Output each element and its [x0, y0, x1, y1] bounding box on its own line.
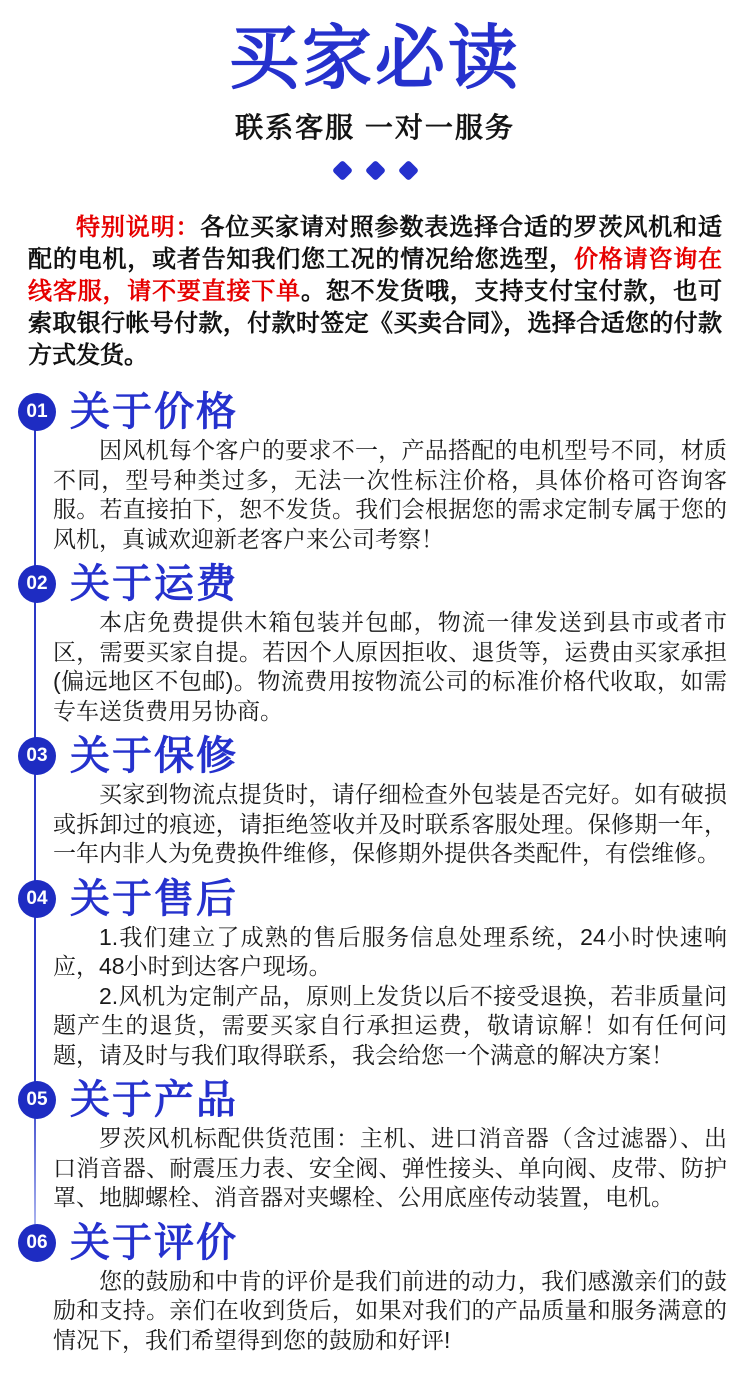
section-paragraph: 1.我们建立了成熟的售后服务信息处理系统，24小时快速响应，48小时到达客户现场… [53, 923, 727, 982]
section-number-badge: 06 [18, 1224, 56, 1262]
sections: 01 关于价格 因风机每个客户的要求不一，产品搭配的电机型号不同，材质不同，型号… [0, 390, 750, 1389]
section: 01 关于价格 因风机每个客户的要求不一，产品搭配的电机型号不同，材质不同，型号… [0, 390, 750, 562]
section-paragraph: 买家到物流点提货时，请仔细检查外包装是否完好。如有破损或拆卸过的痕迹，请拒绝签收… [53, 780, 727, 869]
section-header: 02 关于运费 [18, 562, 727, 606]
section-paragraph: 因风机每个客户的要求不一，产品搭配的电机型号不同，材质不同，型号种类过多，无法一… [53, 436, 727, 554]
section: 05 关于产品 罗茨风机标配供货范围：主机、进口消音器（含过滤器）、出口消音器、… [0, 1078, 750, 1221]
diamond-divider [0, 160, 750, 180]
section-paragraph: 2.风机为定制产品，原则上发货以后不接受退换，若非质量问题产生的退货，需要买家自… [53, 982, 727, 1071]
section-number-badge: 03 [18, 737, 56, 775]
section-title: 关于保修 [70, 734, 238, 778]
section: 02 关于运费 本店免费提供木箱包装并包邮，物流一律发送到县市或者市区，需要买家… [0, 562, 750, 734]
section-header: 05 关于产品 [18, 1078, 727, 1122]
buyer-notice-page: 买家必读 联系客服 一对一服务 特别说明：各位买家请对照参数表选择合适的罗茨风机… [0, 0, 750, 1389]
section-number-badge: 04 [18, 880, 56, 918]
section-header: 03 关于保修 [18, 734, 727, 778]
section-body: 罗茨风机标配供货范围：主机、进口消音器（含过滤器）、出口消音器、耐震压力表、安全… [53, 1124, 727, 1213]
page-title: 买家必读 [0, 22, 750, 94]
special-note-highlight: 特别说明： [76, 214, 200, 241]
section-header: 01 关于价格 [18, 390, 727, 434]
section-title: 关于售后 [70, 877, 238, 921]
section-header: 04 关于售后 [18, 877, 727, 921]
section-body: 1.我们建立了成熟的售后服务信息处理系统，24小时快速响应，48小时到达客户现场… [53, 923, 727, 1071]
section-body: 您的鼓励和中肯的评价是我们前进的动力，我们感激亲们的鼓励和支持。亲们在收到货后，… [53, 1267, 727, 1356]
diamond-icon [397, 159, 418, 180]
section-paragraph: 罗茨风机标配供货范围：主机、进口消音器（含过滤器）、出口消音器、耐震压力表、安全… [53, 1124, 727, 1213]
section-body: 因风机每个客户的要求不一，产品搭配的电机型号不同，材质不同，型号种类过多，无法一… [53, 436, 727, 554]
section: 04 关于售后 1.我们建立了成熟的售后服务信息处理系统，24小时快速响应，48… [0, 877, 750, 1079]
section-number-badge: 01 [18, 393, 56, 431]
section-body: 买家到物流点提货时，请仔细检查外包装是否完好。如有破损或拆卸过的痕迹，请拒绝签收… [53, 780, 727, 869]
diamond-icon [364, 159, 385, 180]
diamond-icon [331, 159, 352, 180]
section-number-badge: 02 [18, 565, 56, 603]
section-paragraph: 您的鼓励和中肯的评价是我们前进的动力，我们感激亲们的鼓励和支持。亲们在收到货后，… [53, 1267, 727, 1356]
section-title: 关于运费 [70, 562, 238, 606]
header: 买家必读 联系客服 一对一服务 [0, 0, 750, 180]
section-number-badge: 05 [18, 1081, 56, 1119]
section-title: 关于产品 [70, 1078, 238, 1122]
section-paragraph: 本店免费提供木箱包装并包邮，物流一律发送到县市或者市区，需要买家自提。若因个人原… [53, 608, 727, 726]
section-header: 06 关于评价 [18, 1221, 727, 1265]
section: 06 关于评价 您的鼓励和中肯的评价是我们前进的动力，我们感激亲们的鼓励和支持。… [0, 1221, 750, 1364]
special-note: 特别说明：各位买家请对照参数表选择合适的罗茨风机和适配的电机，或者告知我们您工况… [28, 212, 722, 372]
section: 03 关于保修 买家到物流点提货时，请仔细检查外包装是否完好。如有破损或拆卸过的… [0, 734, 750, 877]
section-title: 关于价格 [70, 390, 238, 434]
subtitle: 联系客服 一对一服务 [0, 112, 750, 144]
section-body: 本店免费提供木箱包装并包邮，物流一律发送到县市或者市区，需要买家自提。若因个人原… [53, 608, 727, 726]
section-title: 关于评价 [70, 1221, 238, 1265]
